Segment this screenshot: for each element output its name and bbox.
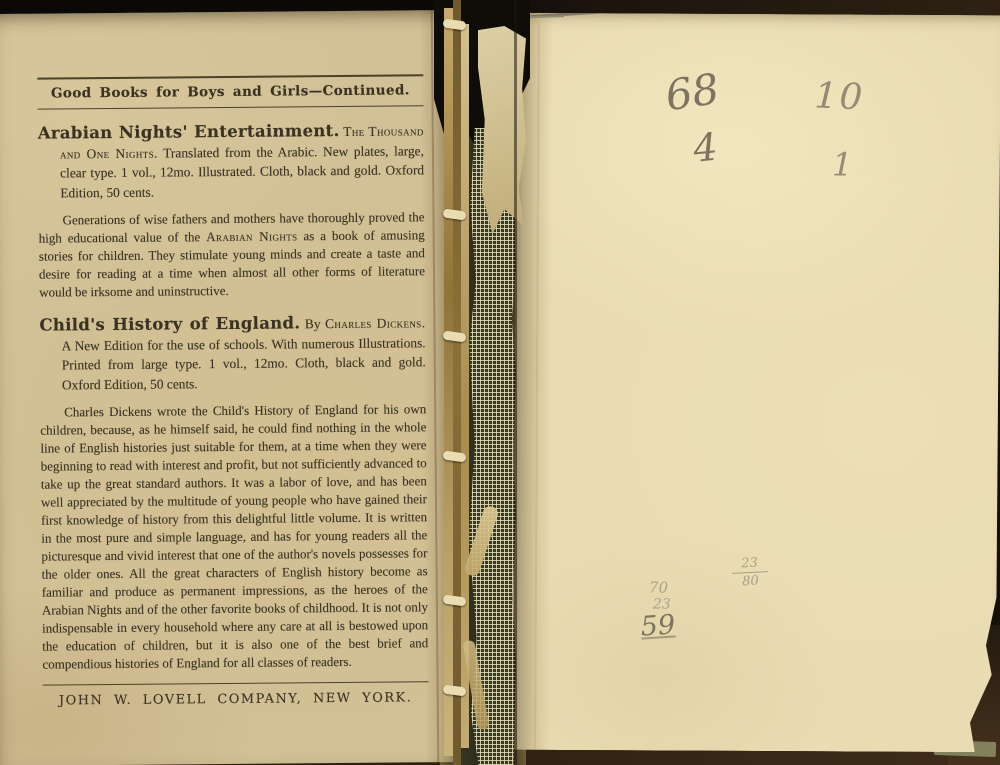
entry-1-title: Arabian Nights' Entertainment. bbox=[38, 121, 340, 143]
right-page: 68 4 10 1 23 80 70 23 59 bbox=[512, 13, 1000, 753]
pencil-fraction-10-numerator: 10 bbox=[814, 75, 865, 118]
footer-rule bbox=[43, 681, 429, 685]
entry-2-title: Child's History of England. bbox=[39, 313, 300, 334]
entry-1-description: Generations of wise fathers and mothers … bbox=[38, 208, 425, 301]
entry-1-heading: Arabian Nights' Entertainment. The Thous… bbox=[38, 120, 425, 202]
pencil-faint-fraction: 23 80 bbox=[731, 555, 769, 590]
left-page: Good Books for Boys and Girls—Continued.… bbox=[0, 10, 459, 765]
pencil-column-70: 70 bbox=[649, 578, 668, 596]
pencil-fraction-68-denominator: 4 bbox=[691, 125, 719, 171]
publisher-line: JOHN W. LOVELL COMPANY, NEW YORK. bbox=[43, 690, 429, 708]
page-header: Good Books for Boys and Girls—Continued. bbox=[37, 74, 423, 109]
entry-2-heading: Child's History of England. By Charles D… bbox=[39, 312, 426, 394]
pencil-faint-fraction-numerator: 23 bbox=[731, 555, 768, 574]
pencil-fraction-10-denominator: 1 bbox=[832, 145, 853, 183]
pencil-fraction-68-numerator: 68 bbox=[662, 64, 722, 121]
page-header-title: Good Books for Boys and Girls—Continued. bbox=[51, 82, 410, 101]
spine-paper-strip-c bbox=[461, 24, 469, 748]
entry-2-details: A New Edition for the use of schools. Wi… bbox=[62, 335, 426, 392]
left-page-content: Good Books for Boys and Girls—Continued.… bbox=[37, 74, 428, 708]
entry-2-description: Charles Dickens wrote the Child's Histor… bbox=[40, 400, 428, 673]
spine-torn-paper-flap bbox=[478, 26, 526, 234]
spine-gutter-gap bbox=[514, 0, 517, 765]
spine-paper-strip-b bbox=[453, 0, 461, 765]
spine-paper-strip-a bbox=[444, 8, 453, 756]
entry-1-desc-smallcaps: Arabian Nights bbox=[206, 228, 297, 244]
pencil-column-59: 59 bbox=[640, 609, 676, 642]
book-scan: Good Books for Boys and Girls—Continued.… bbox=[0, 0, 1000, 765]
pencil-faint-fraction-denominator: 80 bbox=[732, 572, 769, 590]
entry-2-byline-prefix: By bbox=[305, 316, 321, 331]
entry-2-byline-name: Charles Dickens. bbox=[325, 315, 426, 331]
